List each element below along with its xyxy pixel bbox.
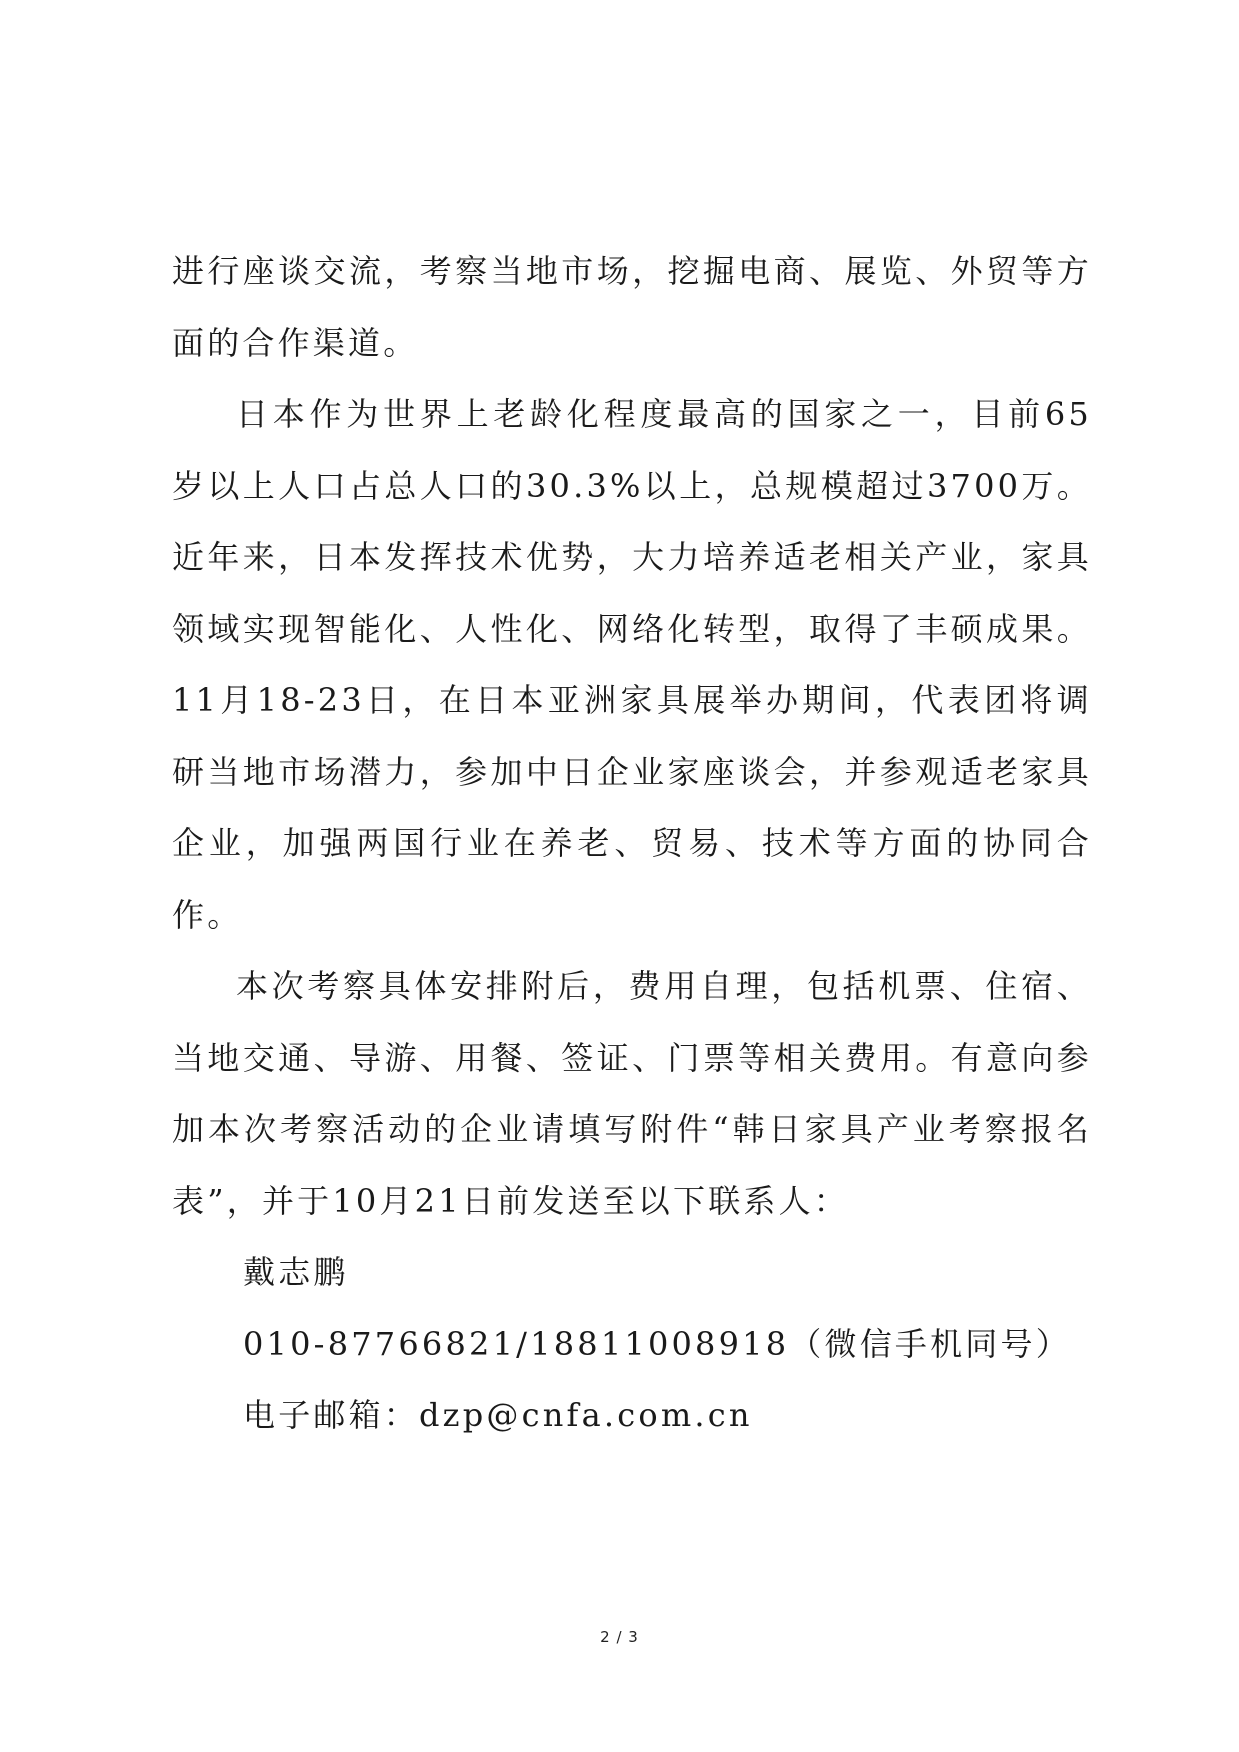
paragraph-continuation: 进行座谈交流，考察当地市场，挖掘电商、展览、外贸等方面的合作渠道。	[172, 236, 1092, 379]
contact-phone: 010-87766821/18811008918（微信手机同号）	[172, 1309, 1092, 1381]
paragraph-japan-aging: 日本作为世界上老龄化程度最高的国家之一，目前65岁以上人口占总人口的30.3%以…	[172, 379, 1092, 951]
contact-email: 电子邮箱：dzp@cnfa.com.cn	[172, 1380, 1092, 1452]
paragraph-arrangements: 本次考察具体安排附后，费用自理，包括机票、住宿、当地交通、导游、用餐、签证、门票…	[172, 951, 1092, 1237]
page-number: 2 / 3	[0, 1628, 1239, 1646]
contact-name: 戴志鹏	[172, 1237, 1092, 1309]
document-body: 进行座谈交流，考察当地市场，挖掘电商、展览、外贸等方面的合作渠道。 日本作为世界…	[172, 236, 1092, 1452]
document-page: 进行座谈交流，考察当地市场，挖掘电商、展览、外贸等方面的合作渠道。 日本作为世界…	[0, 0, 1239, 1752]
